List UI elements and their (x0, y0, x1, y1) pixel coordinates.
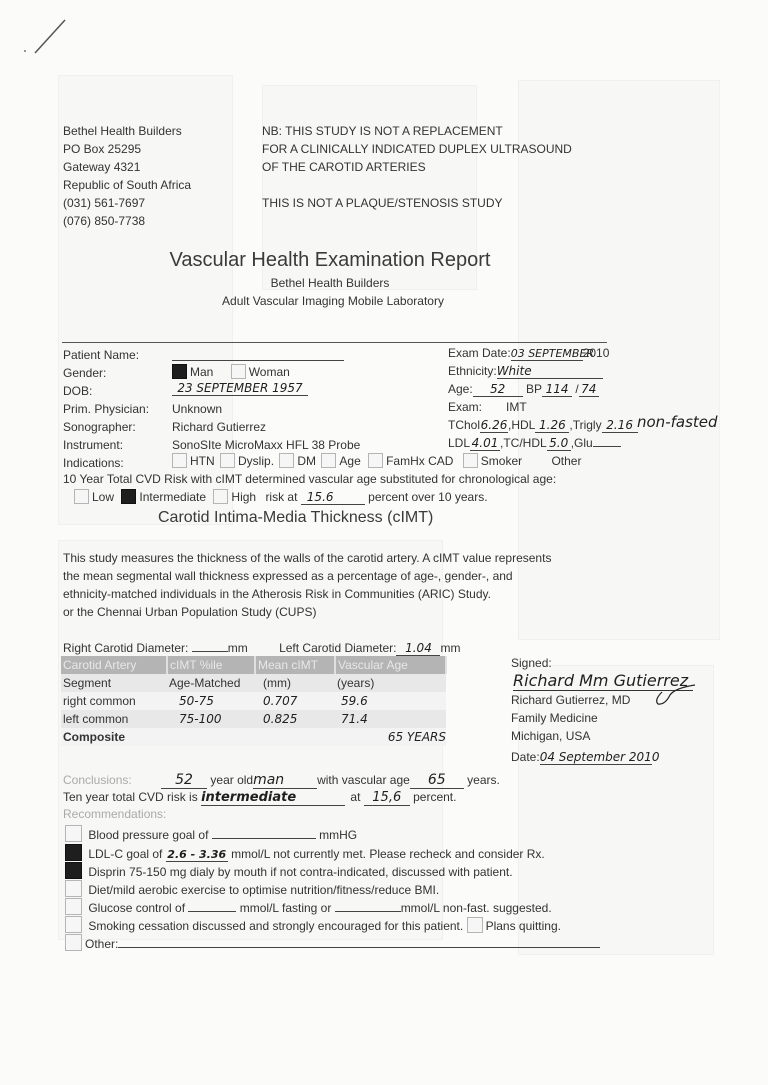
signer-location: Michigan, USA (511, 727, 630, 745)
rec-ldl-text-b: mmol/L not currently met. Please recheck… (231, 847, 545, 861)
subheader-years: (years) (335, 674, 446, 692)
age-bp-row: Age:52 BP114 /74 (448, 382, 599, 397)
conclusion-vascular-age-field[interactable]: 65 (410, 772, 464, 789)
risk-at-label: risk at (265, 490, 297, 504)
rec-other-checkbox[interactable] (65, 934, 82, 951)
rec-disprin: Disprin 75-150 mg dialy by mouth if not … (65, 862, 513, 879)
percentile-cell: 50-75 (167, 692, 255, 710)
indication-dyslip-checkbox[interactable] (220, 453, 235, 468)
indications-label: Indications: (63, 454, 149, 472)
ethnicity-row: Ethnicity:White (448, 364, 603, 379)
vascular-age-cell: 71.4 (335, 710, 446, 728)
indication-famhx-checkbox[interactable] (368, 453, 383, 468)
notice-line: THIS IS NOT A PLAQUE/STENOSIS STUDY (262, 194, 572, 212)
instrument-value: SonoSIte MicroMaxx HFL 38 Probe (172, 436, 360, 454)
notice-line: NB: THIS STUDY IS NOT A REPLACEMENT (262, 122, 572, 140)
rec-glucose-checkbox[interactable] (65, 898, 82, 915)
left-diameter-unit: mm (440, 641, 460, 655)
ldl-row: LDL4.01,TC/HDL5.0,Glu (448, 436, 621, 451)
report-org: Bethel Health Builders (0, 276, 660, 290)
table-header-row: Carotid Artery cIMT %ile Mean cIMT Vascu… (61, 656, 446, 674)
hdl-field[interactable]: 1.26 (535, 418, 569, 433)
header-carotid-artery: Carotid Artery (61, 656, 167, 674)
tchdl-field[interactable]: 5.0 (547, 436, 571, 451)
rec-diet: Diet/mild aerobic exercise to optimise n… (65, 880, 439, 897)
table-row: left common 75-100 0.825 71.4 (61, 710, 446, 728)
percentile-cell: 75-100 (167, 710, 255, 728)
signature-date-label: Date: (511, 750, 540, 764)
risk-low-label: Low (92, 490, 114, 504)
phone-1: (031) 561-7697 (63, 194, 191, 212)
composite-empty (255, 728, 335, 746)
signature-date-field[interactable]: 04 September 2010 (540, 750, 652, 765)
conclusions-row: Conclusions: 52 year oldmanwith vascular… (63, 772, 500, 789)
rec-diet-checkbox[interactable] (65, 880, 82, 897)
vascular-age-cell: 59.6 (335, 692, 446, 710)
rec-glucose-text-b: mmol/L fasting or (240, 901, 332, 915)
patient-labels: Patient Name: Gender: DOB: Prim. Physici… (63, 346, 149, 472)
exam-type-row: Exam:IMT (448, 400, 527, 414)
right-diameter-label: Right Carotid Diameter: (63, 641, 188, 655)
rec-diet-text: Diet/mild aerobic exercise to optimise n… (88, 883, 439, 897)
age-field[interactable]: 52 (473, 382, 523, 397)
risk-conclusion-row: Ten year total CVD risk is intermediate … (63, 790, 456, 806)
indications-options: HTN Dyslip. DM Age FamHx CAD Smoker Othe… (172, 453, 581, 468)
risk-conclusion-field[interactable]: intermediate (201, 790, 345, 806)
indication-dyslip-label: Dyslip. (238, 454, 274, 468)
percent-conclusion-field[interactable]: 15,6 (364, 790, 410, 806)
signed-label: Signed: (511, 656, 552, 670)
risk-intermediate-checkbox[interactable] (121, 489, 136, 504)
gender-label: Gender: (63, 364, 149, 382)
risk-heading: 10 Year Total CVD Risk with cIMT determi… (63, 472, 556, 486)
signer-specialty: Family Medicine (511, 709, 630, 727)
indication-smoker-checkbox[interactable] (463, 453, 478, 468)
gender-woman-checkbox[interactable] (231, 364, 246, 379)
tchol-field[interactable]: 6.26 (480, 418, 508, 433)
rec-other: Other: (65, 934, 600, 951)
phone-2: (076) 850-7738 (63, 212, 191, 230)
risk-options: Low Intermediate High risk at 15.6 perce… (74, 489, 488, 505)
table-subheader-row: Segment Age-Matched (mm) (years) (61, 674, 446, 692)
indication-famhx-label: FamHx CAD (386, 454, 453, 468)
rec-ldl-text: LDL-C goal of (88, 847, 162, 861)
recommendations-label: Recommendations: (63, 807, 166, 821)
clinic-name: Bethel Health Builders (63, 122, 191, 140)
rec-ldl-checkbox[interactable] (65, 844, 82, 861)
header-mean-cimt: Mean cIMT (255, 656, 335, 674)
clinic-address: Bethel Health Builders PO Box 25295 Gate… (63, 122, 191, 230)
at-label: at (350, 790, 360, 804)
physician-label: Prim. Physician: (63, 400, 149, 418)
city: Gateway 4321 (63, 158, 191, 176)
rec-smoking: Smoking cessation discussed and strongly… (65, 916, 561, 933)
header-vascular-age: Vascular Age (335, 656, 446, 674)
rec-smoking-checkbox[interactable] (65, 916, 82, 933)
indication-htn-label: HTN (190, 454, 215, 468)
years-label: years. (467, 773, 500, 787)
indication-age-label: Age (339, 454, 360, 468)
mean-cimt-cell: 0.825 (255, 710, 335, 728)
risk-percent-field[interactable]: 15.6 (301, 490, 365, 505)
rec-glucose-text: Glucose control of (88, 901, 185, 915)
section-divider (62, 342, 607, 343)
rec-plans-quitting-checkbox[interactable] (467, 917, 483, 933)
mean-cimt-cell: 0.707 (255, 692, 335, 710)
signer-details: Richard Gutierrez, MD Family Medicine Mi… (511, 691, 630, 745)
report-lab: Adult Vascular Imaging Mobile Laboratory (0, 294, 666, 308)
segment-cell: left common (61, 710, 167, 728)
rec-bp-text: Blood pressure goal of (88, 828, 208, 842)
subheader-mm: (mm) (255, 674, 335, 692)
cimt-table: Carotid Artery cIMT %ile Mean cIMT Vascu… (61, 656, 447, 746)
ldl-field[interactable]: 4.01 (470, 436, 500, 451)
rec-glucose-text-c: mmol/L non-fast. suggested. (401, 901, 552, 915)
signature-date-row: Date:04 September 2010 (511, 750, 652, 765)
indication-htn-checkbox[interactable] (172, 453, 187, 468)
ldl-label: LDL (448, 436, 470, 450)
conclusion-gender-field[interactable]: man (253, 772, 317, 789)
header-cimt-percentile: cIMT %ile (167, 656, 255, 674)
dob-label: DOB: (63, 382, 149, 400)
fasting-note: non-fasted (637, 413, 718, 431)
composite-label: Composite (61, 728, 167, 746)
rec-ldl: LDL-C goal of 2.6 - 3.36 mmol/L not curr… (65, 844, 545, 862)
conclusion-age-field[interactable]: 52 (161, 772, 207, 789)
report-title: Vascular Health Examination Report (0, 249, 660, 272)
indication-dm-checkbox[interactable] (279, 453, 294, 468)
rec-disprin-text: Disprin 75-150 mg dialy by mouth if not … (88, 865, 512, 879)
left-diameter-label: Left Carotid Diameter: (279, 641, 396, 655)
notice-line: FOR A CLINICALLY INDICATED DUPLEX ULTRAS… (262, 140, 572, 158)
instrument-label: Instrument: (63, 436, 149, 454)
gender-man-checkbox[interactable] (172, 364, 187, 379)
left-diameter-field[interactable]: 1.04 (396, 641, 440, 656)
glu-field[interactable] (593, 446, 621, 447)
cimt-title: Carotid Intima-Media Thickness (cIMT) (158, 509, 433, 527)
risk-intermediate-label: Intermediate (139, 490, 206, 504)
vascular-age-label: with vascular age (317, 773, 410, 787)
ethnicity-label: Ethnicity: (448, 364, 497, 378)
subheader-segment: Segment (61, 674, 167, 692)
risk-low-checkbox[interactable] (74, 489, 89, 504)
risk-high-checkbox[interactable] (213, 489, 228, 504)
notice-line: OF THE CAROTID ARTERIES (262, 158, 572, 176)
bp-diastolic-field[interactable]: 74 (579, 382, 599, 397)
rec-bp: Blood pressure goal of mmHG (65, 825, 357, 842)
indication-age-checkbox[interactable] (321, 453, 336, 468)
diameter-row: Right Carotid Diameter: mm Left Carotid … (63, 639, 460, 656)
risk-high-label: High (231, 490, 256, 504)
exam-date-field[interactable]: 03 SEPTEMBER (511, 347, 583, 361)
rec-bp-checkbox[interactable] (65, 825, 82, 842)
pen-mark-icon (10, 15, 70, 60)
percent-label: percent. (413, 790, 456, 804)
exam-year: 2010 (583, 346, 610, 360)
exam-date-label: Exam Date: (448, 346, 511, 360)
description-line: or the Chennai Urban Population Study (C… (63, 603, 551, 621)
lipids-row: TChol6.26,HDL1.26,Trigly2.16 (448, 418, 638, 433)
patient-name-label: Patient Name: (63, 346, 149, 364)
rec-bp-unit: mmHG (319, 828, 357, 842)
right-diameter-field[interactable] (192, 639, 228, 652)
composite-value: 65 YEARS (335, 728, 446, 746)
gender-man-label: Man (190, 365, 213, 379)
indication-other-label: Other (551, 454, 581, 468)
signature-flourish-icon (640, 680, 700, 710)
po-box: PO Box 25295 (63, 140, 191, 158)
rec-glucose: Glucose control of mmol/L fasting or mmo… (65, 898, 552, 915)
tchol-label: TChol (448, 418, 480, 432)
rec-bp-field[interactable] (212, 826, 316, 839)
rec-disprin-checkbox[interactable] (65, 862, 82, 879)
trigly-field[interactable]: 2.16 (602, 418, 638, 433)
exam-date-row: Exam Date:03 SEPTEMBER2010 (448, 346, 609, 361)
hdl-label: ,HDL (508, 418, 535, 432)
trigly-label: ,Trigly (569, 418, 601, 432)
bp-label: BP (526, 382, 542, 396)
composite-empty (167, 728, 255, 746)
rec-other-field[interactable] (118, 935, 600, 948)
conclusions-label: Conclusions: (63, 773, 132, 787)
dob-field[interactable]: 23 SEPTEMBER 1957 (172, 381, 308, 396)
rec-other-label: Other: (85, 937, 118, 951)
cimt-description: This study measures the thickness of the… (63, 549, 551, 621)
exam-type-value: IMT (506, 400, 527, 414)
country: Republic of South Africa (63, 176, 191, 194)
signer-name: Richard Gutierrez, MD (511, 691, 630, 709)
sonographer-label: Sonographer: (63, 418, 149, 436)
sonographer-value: Richard Gutierrez (172, 418, 360, 436)
patient-values: Unknown Richard Gutierrez SonoSIte Micro… (172, 400, 360, 454)
rec-glucose-nonfasting-field[interactable] (335, 899, 401, 912)
patient-name-field[interactable] (172, 346, 344, 361)
disclaimer-notice: NB: THIS STUDY IS NOT A REPLACEMENT FOR … (262, 122, 572, 212)
gender-woman-label: Woman (249, 365, 290, 379)
rec-smoking-text: Smoking cessation discussed and strongly… (88, 919, 463, 933)
description-line: ethnicity-matched individuals in the Ath… (63, 585, 551, 603)
table-row: right common 50-75 0.707 59.6 (61, 692, 446, 710)
indication-dm-label: DM (297, 454, 316, 468)
ethnicity-field[interactable]: White (497, 364, 603, 379)
risk-conclusion-label: Ten year total CVD risk is (63, 790, 198, 804)
glu-label: ,Glu (571, 436, 593, 450)
bp-systolic-field[interactable]: 114 (542, 382, 572, 397)
composite-row: Composite 65 YEARS (61, 728, 446, 746)
gender-options: Man Woman (172, 364, 290, 379)
age-label: Age: (448, 382, 473, 396)
year-old-label: year old (210, 773, 253, 787)
description-line: This study measures the thickness of the… (63, 549, 551, 567)
risk-suffix: percent over 10 years. (368, 490, 487, 504)
description-line: the mean segmental wall thickness expres… (63, 567, 551, 585)
tchdl-label: ,TC/HDL (500, 436, 547, 450)
exam-type-label: Exam: (448, 400, 482, 414)
indication-smoker-label: Smoker (481, 454, 522, 468)
physician-value: Unknown (172, 400, 360, 418)
subheader-age-matched: Age-Matched (167, 674, 255, 692)
rec-glucose-fasting-field[interactable] (188, 899, 236, 912)
right-diameter-unit: mm (228, 641, 248, 655)
rec-plans-quitting-label: Plans quitting. (486, 919, 561, 933)
rec-ldl-field[interactable]: 2.6 - 3.36 (166, 848, 228, 862)
segment-cell: right common (61, 692, 167, 710)
